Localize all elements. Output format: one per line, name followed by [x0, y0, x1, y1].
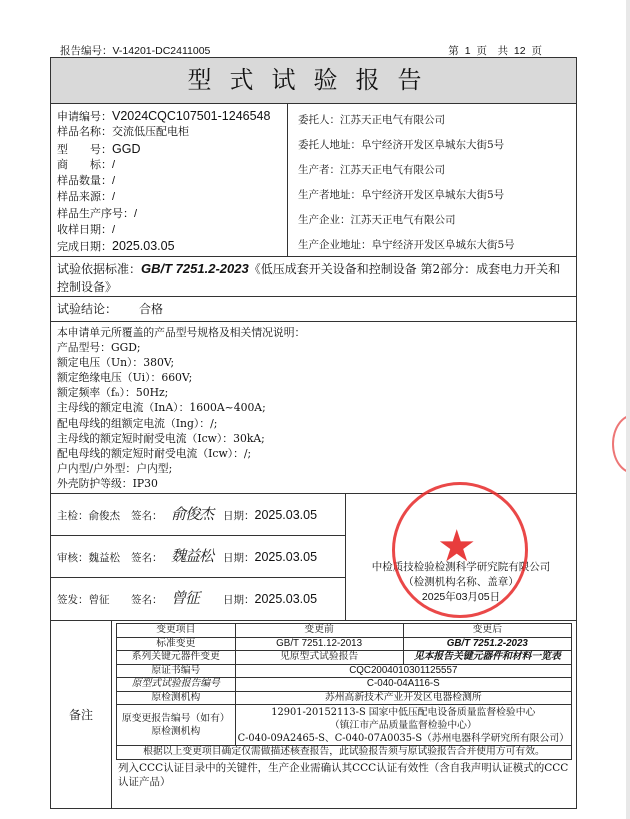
handwritten-signature: 曾征: [171, 578, 223, 619]
table-row: 标准变更 GB/T 7251.12-2013 GB/T 7251.2-2023: [117, 637, 572, 651]
info-application-no: 申请编号：V2024CQC107501-1246548: [57, 108, 287, 124]
change-table: 变更项目 变更前 变更后 标准变更 GB/T 7251.12-2013 GB/T…: [116, 623, 572, 760]
signature-section: 主检：俞俊杰签名：俞俊杰日期：2025.03.05 审核：魏益松签名：魏益松日期…: [51, 494, 576, 621]
info-manufacturer-address: 生产企业地址：阜宁经济开发区阜城东大街5号: [298, 233, 576, 258]
organization-note: （检测机构名称、盖章）: [346, 574, 576, 589]
signature-row-inspector: 主检：俞俊杰签名：俞俊杰日期：2025.03.05: [51, 494, 345, 536]
report-title: 型式试验报告: [51, 58, 576, 104]
signature-row-issuer: 签发：曾征签名：曾征日期：2025.03.05: [51, 578, 345, 620]
info-source: 样品来源：/: [57, 189, 287, 205]
test-standard: 试验依据标准：GB/T 7251.2-2023《低压成套开关设备和控制设备 第2…: [51, 257, 576, 297]
client-info-right: 委托人：江苏天正电气有限公司 委托人地址：阜宁经济开发区阜城东大街5号 生产者：…: [288, 104, 576, 256]
scrollbar[interactable]: [626, 0, 630, 819]
info-manufacturer: 生产企业：江苏天正电气有限公司: [298, 208, 576, 233]
info-client: 委托人：江苏天正电气有限公司: [298, 108, 576, 133]
info-quantity: 样品数量：/: [57, 173, 287, 189]
table-row: 原型式试验报告编号 C-040-04A116-S: [117, 678, 572, 692]
table-footer-row: 根据以上变更项目确定仅需做描述核查报告，此试验报告须与原试验报告合并使用方可有效…: [117, 746, 572, 760]
table-row: 原变更报告编号（如有）原检测机构 12901-20152113-S 国家中低压配…: [117, 705, 572, 746]
info-trademark: 商 标：/: [57, 157, 287, 173]
signature-row-reviewer: 审核：魏益松签名：魏益松日期：2025.03.05: [51, 536, 345, 578]
page-indicator: 第 1 页 共 12 页: [448, 43, 542, 58]
handwritten-signature: 魏益松: [171, 536, 223, 577]
info-producer-address: 生产者地址：阜宁经济开发区阜城东大街5号: [298, 183, 576, 208]
ccc-note: 列入CCC认证目录中的关键件，生产企业需确认其CCC认证有效性（含自我声明认证模…: [116, 760, 572, 790]
handwritten-signature: 俞俊杰: [171, 494, 223, 535]
table-row: 系列关键元器件变更 见原型式试验报告 见本报告关键元器件和材料一览表: [117, 651, 572, 665]
remarks-section: 备注 变更项目 变更前 变更后 标准变更 GB/T 7251.12-2013 G…: [51, 621, 576, 808]
standard-code: GB/T 7251.2-2023: [141, 261, 249, 276]
info-client-address: 委托人地址：阜宁经济开发区阜城东大街5号: [298, 133, 576, 158]
test-conclusion: 试验结论：合格: [51, 297, 576, 322]
product-spec-section: 本申请单元所覆盖的产品型号规格及相关情况说明： 产品型号：GGD; 额定电压（U…: [51, 322, 576, 494]
info-model: 型 号：GGD: [57, 141, 287, 157]
conclusion-value: 合格: [139, 302, 163, 316]
report-number: 报告编号：V-14201-DC2411005: [60, 43, 210, 58]
test-report-form: 型式试验报告 申请编号：V2024CQC107501-1246548 样品名称：…: [50, 57, 577, 809]
sample-info-section: 申请编号：V2024CQC107501-1246548 样品名称：交流低压配电柜…: [51, 104, 576, 257]
table-row: 原检测机构 苏州高新技术产业开发区电器检测所: [117, 691, 572, 705]
info-serial: 样品生产序号：/: [57, 206, 287, 222]
info-receive-date: 收样日期：/: [57, 222, 287, 238]
table-row: 原证书编号 CQC2004010301125557: [117, 664, 572, 678]
testing-organization: 中检质技检验检测科学研究院有限公司 （检测机构名称、盖章） 2025年03月05…: [346, 494, 576, 620]
sample-info-left: 申请编号：V2024CQC107501-1246548 样品名称：交流低压配电柜…: [51, 104, 288, 256]
organization-name: 中检质技检验检测科学研究院有限公司: [346, 559, 576, 574]
organization-date: 2025年03月05日: [346, 589, 576, 604]
table-header-row: 变更项目 变更前 变更后: [117, 624, 572, 638]
info-producer: 生产者：江苏天正电气有限公司: [298, 158, 576, 183]
remarks-label: 备注: [51, 621, 112, 808]
info-sample-name: 样品名称：交流低压配电柜: [57, 124, 287, 140]
info-complete-date: 完成日期：2025.03.05: [57, 238, 287, 254]
